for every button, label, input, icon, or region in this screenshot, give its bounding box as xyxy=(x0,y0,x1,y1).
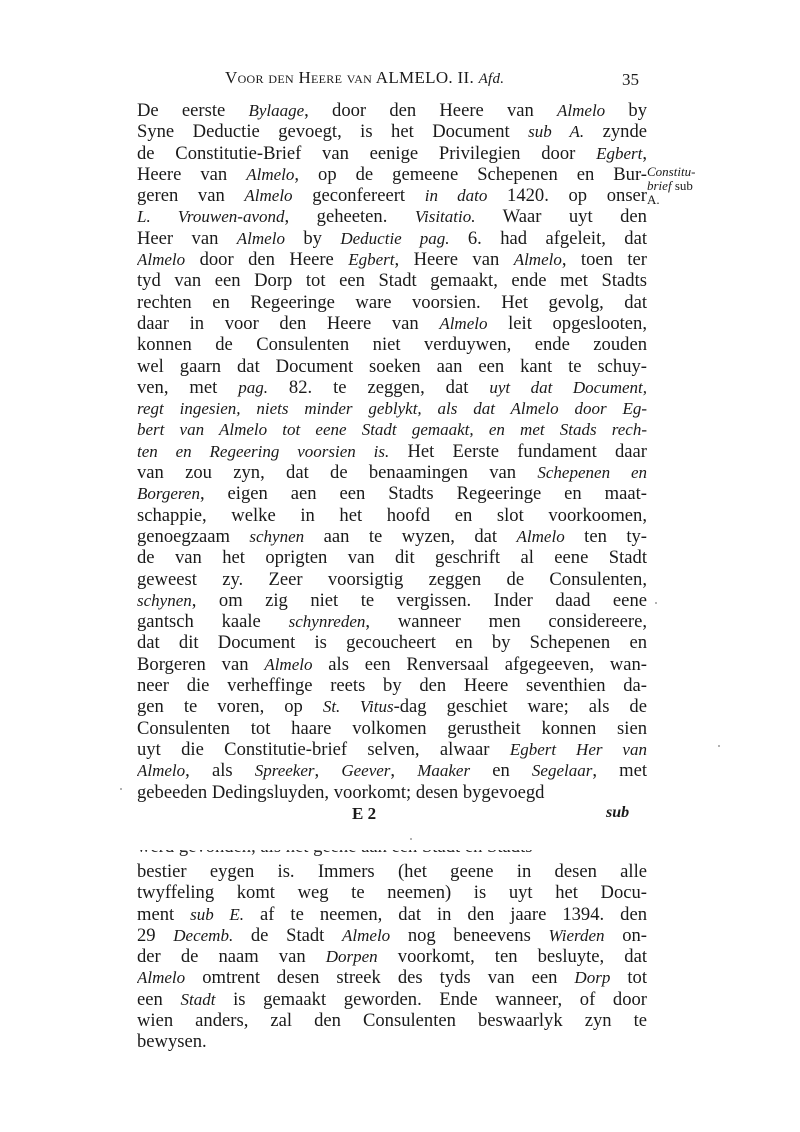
text-line: Heer van Almelo by Deductie pag. 6. had … xyxy=(137,228,647,249)
scanned-page-top: Voor den Heere van ALMELO. II. Afd. 35 D… xyxy=(0,0,800,830)
body-text-bottom: werd gevonden, als het geene aan een Sta… xyxy=(137,850,647,1053)
text-line: geren van Almelo geconfereert in dato 14… xyxy=(137,185,647,206)
text-line: rechten en Regeeringe ware voorsien. Het… xyxy=(137,292,647,313)
text-line: gebeeden Dedingsluyden, voorkomt; desen … xyxy=(137,782,647,803)
running-head-part-suffix: Afd. xyxy=(479,71,505,87)
text-line: De eerste Bylaage, door den Heere van Al… xyxy=(137,100,647,121)
body-text-top: De eerste Bylaage, door den Heere van Al… xyxy=(137,100,647,803)
text-line: schappie, welke in het hoofd en slot voo… xyxy=(137,505,647,526)
page-number: 35 xyxy=(622,70,639,90)
text-line: Almelo omtrent desen streek des tyds van… xyxy=(137,967,647,988)
text-line: de van het oprigten van dit geschrift al… xyxy=(137,547,647,568)
text-line: Almelo, als Spreeker, Geever, Maaker en … xyxy=(137,760,647,781)
cut-off-line: werd gevonden, als het geene aan een Sta… xyxy=(137,850,647,861)
text-line: der de naam van Dorpen voorkomt, ten bes… xyxy=(137,946,647,967)
signature-mark: E 2 xyxy=(352,804,376,824)
running-head-prefix: Voor den Heere van xyxy=(225,68,372,87)
text-line: konnen de Consulenten niet verduywen, en… xyxy=(137,334,647,355)
text-line: tyd van een Dorp tot een Stadt gemaakt, … xyxy=(137,270,647,291)
text-line: 29 Decemb. de Stadt Almelo nog beneevens… xyxy=(137,925,647,946)
text-line: ven, met pag. 82. te zeggen, dat uyt dat… xyxy=(137,377,647,398)
text-line: dat dit Document is gecoucheert en by Sc… xyxy=(137,632,647,653)
text-line: Heere van Almelo, op de gemeene Schepene… xyxy=(137,164,647,185)
margin-note-line2-rest: sub xyxy=(675,178,693,193)
scanned-page-bottom: werd gevonden, als het geene aan een Sta… xyxy=(0,850,800,1132)
text-line: schynen, om zig niet te vergissen. Inder… xyxy=(137,590,647,611)
running-head-name: ALMELO. xyxy=(376,68,453,87)
text-line: een Stadt is gemaakt geworden. Ende wann… xyxy=(137,989,647,1010)
text-line: gantsch kaale schynreden, wanneer men co… xyxy=(137,611,647,632)
running-head: Voor den Heere van ALMELO. II. Afd. xyxy=(225,68,645,88)
text-line: uyt die Constitutie-brief selven, alwaar… xyxy=(137,739,647,760)
text-line: wien anders, zal den Consulenten beswaar… xyxy=(137,1010,647,1031)
text-line: neer die verheffinge reets by den Heere … xyxy=(137,675,647,696)
text-line: de Constitutie-Brief van eenige Privileg… xyxy=(137,143,647,164)
margin-note-line1: Constitu- xyxy=(647,164,695,179)
text-line: Consulenten tot haare volkomen gerusthei… xyxy=(137,718,647,739)
text-line: van zou zyn, dat de benaamingen van Sche… xyxy=(137,462,647,483)
catchword: sub xyxy=(606,804,629,822)
text-line: daar in voor den Heere van Almelo leit o… xyxy=(137,313,647,334)
text-line: genoegzaam schynen aan te wyzen, dat Alm… xyxy=(137,526,647,547)
scan-speck xyxy=(410,838,412,840)
text-line: Borgeren van Almelo als een Renversaal a… xyxy=(137,654,647,675)
margin-note: Constitu- brief sub A. xyxy=(647,165,707,207)
text-line: geweest zy. Zeer voorsigtig zeggen de Co… xyxy=(137,569,647,590)
text-line: twyffeling komt weg te neemen) is uyt he… xyxy=(137,882,647,903)
margin-note-line2-italic: brief xyxy=(647,178,672,193)
scan-speck xyxy=(120,788,122,790)
text-line: L. Vrouwen-avond, geheeten. Visitatio. W… xyxy=(137,206,647,227)
text-line: Syne Deductie gevoegt, is het Document s… xyxy=(137,121,647,142)
scan-speck xyxy=(655,602,657,604)
scan-speck xyxy=(718,745,720,747)
text-line: bestier eygen is. Immers (het geene in d… xyxy=(137,861,647,882)
text-line: wel gaarn dat Document soeken aan een ka… xyxy=(137,356,647,377)
text-line: bert van Almelo tot eene Stadt gemaakt, … xyxy=(137,419,647,440)
text-line: regt ingesien, niets minder geblykt, als… xyxy=(137,398,647,419)
text-line: ment sub E. af te neemen, dat in den jaa… xyxy=(137,904,647,925)
text-line: Almelo door den Heere Egbert, Heere van … xyxy=(137,249,647,270)
text-line: gen te voren, op St. Vitus-dag geschiet … xyxy=(137,696,647,717)
margin-note-line3: A. xyxy=(647,193,707,207)
text-line: ten en Regeering voorsien is. Het Eerste… xyxy=(137,441,647,462)
running-head-part: II. xyxy=(458,68,474,87)
text-line: Borgeren, eigen aen een Stadts Regeering… xyxy=(137,483,647,504)
text-line: bewysen. xyxy=(137,1031,647,1052)
